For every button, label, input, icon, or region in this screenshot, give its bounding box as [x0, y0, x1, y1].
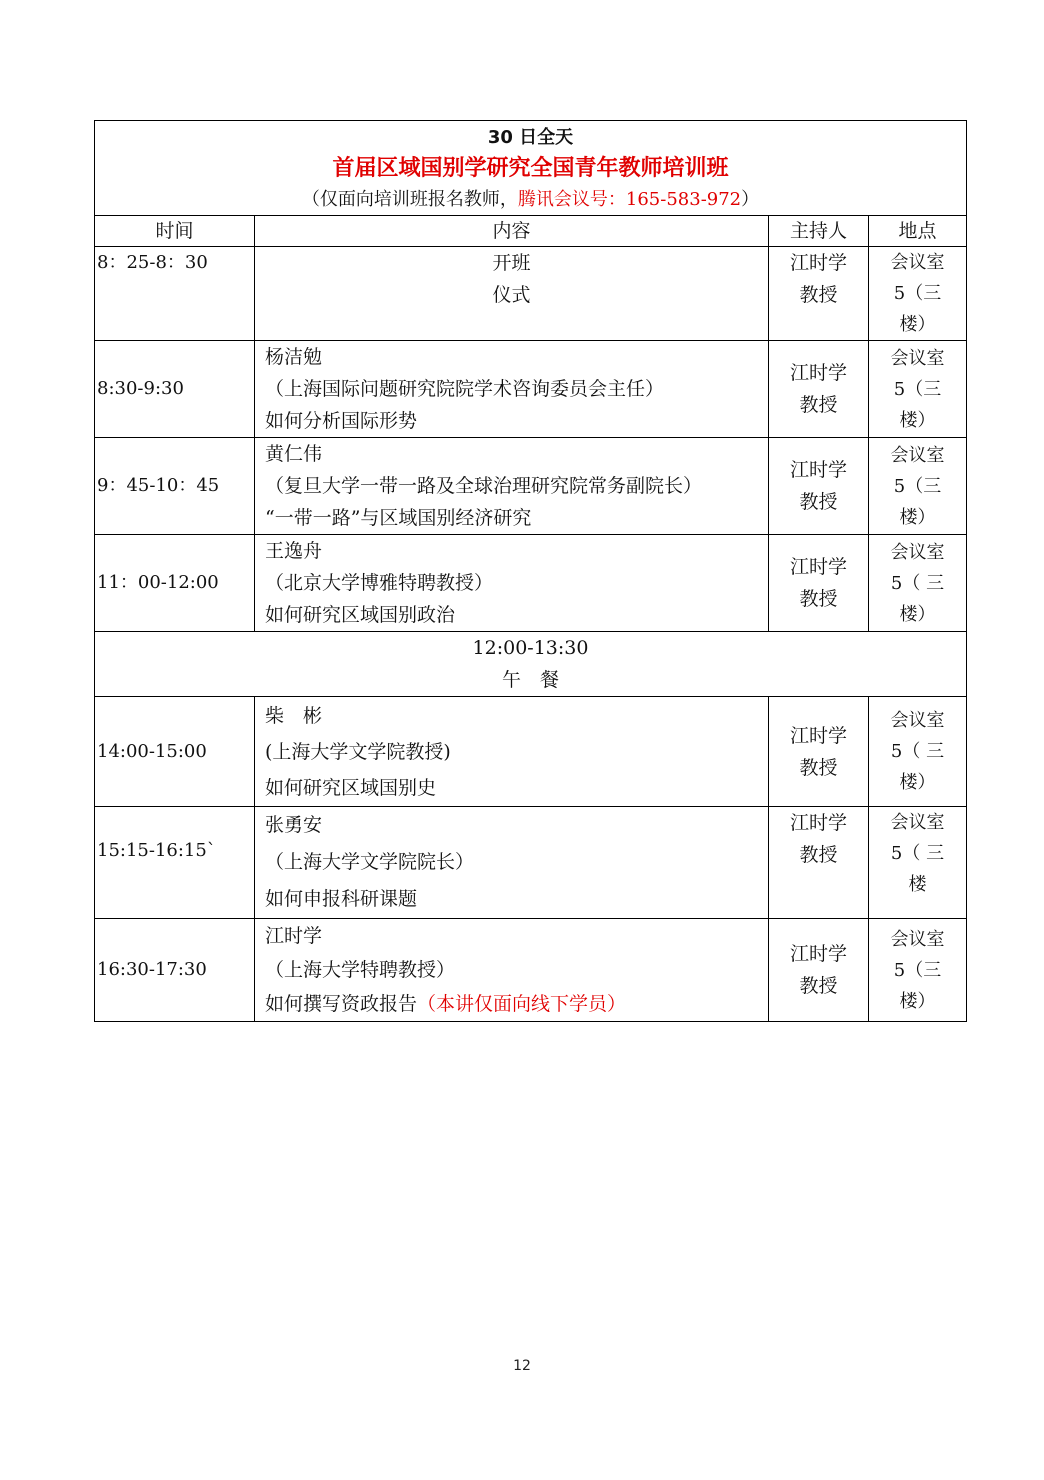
time-cell: 11：00-12:00	[95, 535, 255, 632]
speaker-affiliation: （北京大学博雅特聘教授）	[265, 567, 768, 599]
content-cell: 江时学（上海大学特聘教授）如何撰写资政报告（本讲仅面向线下学员）	[255, 919, 769, 1022]
table-row: 15:15-16:15` 张勇安（上海大学文学院院长）如何申报科研课题 江时学教…	[95, 807, 967, 919]
location-line: 会议室	[869, 807, 966, 838]
time-cell: 16:30-17:30	[95, 919, 255, 1022]
page-number: 12	[0, 1358, 1044, 1374]
content-cell: 开班仪式	[255, 247, 769, 341]
content-line: 仪式	[255, 279, 768, 311]
location-line: 5（三	[869, 471, 966, 502]
location-line: 会议室	[869, 537, 966, 568]
host-name: 江时学	[769, 454, 868, 486]
content-cell: 黄仁伟（复旦大学一带一路及全球治理研究院常务副院长）“一带一路”与区域国别经济研…	[255, 438, 769, 535]
host-cell: 江时学教授	[769, 247, 869, 341]
time-cell: 14:00-15:00	[95, 697, 255, 807]
content-cell: 杨洁勉（上海国际问题研究院院学术咨询委员会主任）如何分析国际形势	[255, 341, 769, 438]
host-title: 教授	[769, 486, 868, 518]
location-cell: 会议室5（三楼）	[869, 438, 967, 535]
event-title: 首届区域国别学研究全国青年教师培训班	[95, 152, 966, 186]
speaker-name: 黄仁伟	[265, 438, 768, 470]
host-title: 教授	[769, 583, 868, 615]
location-line: 楼	[869, 869, 966, 900]
host-name: 江时学	[769, 551, 868, 583]
location-line: 楼）	[869, 767, 966, 798]
host-cell: 江时学教授	[769, 919, 869, 1022]
host-title: 教授	[769, 389, 868, 421]
col-header-content: 内容	[255, 216, 769, 247]
location-line: 5（ 三	[869, 568, 966, 599]
speaker-name: 杨洁勉	[265, 341, 768, 373]
table-row: 16:30-17:30 江时学（上海大学特聘教授）如何撰写资政报告（本讲仅面向线…	[95, 919, 967, 1022]
location-cell: 会议室5（ 三楼）	[869, 535, 967, 632]
speaker-affiliation: （上海大学文学院院长）	[265, 844, 768, 881]
speaker-name: 江时学	[265, 919, 768, 953]
content-line: 开班	[255, 247, 768, 279]
speaker-name: 张勇安	[265, 807, 768, 844]
content-cell: 柴 彬(上海大学文学院教授)如何研究区域国别史	[255, 697, 769, 807]
lunch-cell: 12:00-13:30午 餐	[95, 632, 967, 697]
table-row: 8:30-9:30 杨洁勉（上海国际问题研究院院学术咨询委员会主任）如何分析国际…	[95, 341, 967, 438]
lunch-row: 12:00-13:30午 餐	[95, 632, 967, 697]
location-line: 5（三	[869, 955, 966, 986]
location-line: 会议室	[869, 247, 966, 278]
host-name: 江时学	[769, 720, 868, 752]
col-header-location: 地点	[869, 216, 967, 247]
header-row: 时间 内容 主持人 地点	[95, 216, 967, 247]
location-line: 会议室	[869, 343, 966, 374]
location-line: 会议室	[869, 440, 966, 471]
location-line: 楼）	[869, 309, 966, 340]
note-prefix: （仅面向培训班报名教师，	[302, 189, 518, 210]
time-cell: 9：45-10：45	[95, 438, 255, 535]
col-header-time: 时间	[95, 216, 255, 247]
host-title: 教授	[769, 279, 868, 311]
speaker-affiliation: （上海大学特聘教授）	[265, 953, 768, 987]
meeting-id: 腾讯会议号：165-583-972	[518, 189, 741, 210]
location-line: 5（ 三	[869, 838, 966, 869]
lecture-topic: 如何分析国际形势	[265, 405, 768, 437]
location-line: 楼）	[869, 405, 966, 436]
location-cell: 会议室5（三楼）	[869, 341, 967, 438]
location-line: 楼）	[869, 986, 966, 1017]
speaker-name: 柴 彬	[265, 698, 768, 734]
lecture-topic: 如何撰写资政报告（本讲仅面向线下学员）	[265, 987, 768, 1021]
speaker-name: 王逸舟	[265, 535, 768, 567]
day-heading: 30 日全天	[95, 124, 966, 152]
host-cell: 江时学教授	[769, 438, 869, 535]
content-cell: 张勇安（上海大学文学院院长）如何申报科研课题	[255, 807, 769, 919]
location-line: 5（三	[869, 278, 966, 309]
lecture-topic: 如何研究区域国别政治	[265, 599, 768, 631]
lecture-topic-text: 如何撰写资政报告	[265, 993, 417, 1015]
table-row: 14:00-15:00 柴 彬(上海大学文学院教授)如何研究区域国别史 江时学教…	[95, 697, 967, 807]
col-header-host: 主持人	[769, 216, 869, 247]
location-cell: 会议室5（三楼）	[869, 247, 967, 341]
speaker-affiliation: （复旦大学一带一路及全球治理研究院常务副院长）	[265, 470, 768, 502]
host-title: 教授	[769, 970, 868, 1002]
host-title: 教授	[769, 839, 868, 871]
table-row: 9：45-10：45 黄仁伟（复旦大学一带一路及全球治理研究院常务副院长）“一带…	[95, 438, 967, 535]
location-line: 楼）	[869, 599, 966, 630]
time-cell: 15:15-16:15`	[95, 807, 255, 919]
location-line: 会议室	[869, 924, 966, 955]
lecture-topic: 如何研究区域国别史	[265, 770, 768, 806]
host-name: 江时学	[769, 938, 868, 970]
content-cell: 王逸舟（北京大学博雅特聘教授）如何研究区域国别政治	[255, 535, 769, 632]
title-block: 30 日全天 首届区域国别学研究全国青年教师培训班 （仅面向培训班报名教师，腾讯…	[95, 121, 967, 216]
location-line: 会议室	[869, 705, 966, 736]
audience-note: （仅面向培训班报名教师，腾讯会议号：165-583-972）	[95, 186, 966, 214]
host-name: 江时学	[769, 357, 868, 389]
host-cell: 江时学教授	[769, 697, 869, 807]
lecture-topic: 如何申报科研课题	[265, 881, 768, 918]
schedule-table: 30 日全天 首届区域国别学研究全国青年教师培训班 （仅面向培训班报名教师，腾讯…	[94, 120, 967, 1022]
host-title: 教授	[769, 752, 868, 784]
host-name: 江时学	[769, 247, 868, 279]
lunch-time: 12:00-13:30	[95, 632, 966, 664]
time-cell: 8:30-9:30	[95, 341, 255, 438]
speaker-affiliation: (上海大学文学院教授)	[265, 734, 768, 770]
host-cell: 江时学教授	[769, 341, 869, 438]
lecture-topic: “一带一路”与区域国别经济研究	[265, 502, 768, 534]
host-cell: 江时学教授	[769, 535, 869, 632]
time-cell: 8：25-8：30	[95, 247, 255, 341]
offline-only-note: （本讲仅面向线下学员）	[417, 993, 626, 1015]
host-cell: 江时学教授	[769, 807, 869, 919]
host-name: 江时学	[769, 807, 868, 839]
location-cell: 会议室5（ 三楼	[869, 807, 967, 919]
note-suffix: ）	[741, 189, 759, 210]
location-cell: 会议室5（ 三楼）	[869, 697, 967, 807]
table-row: 8：25-8：30 开班仪式 江时学教授 会议室5（三楼）	[95, 247, 967, 341]
table-row: 11：00-12:00 王逸舟（北京大学博雅特聘教授）如何研究区域国别政治 江时…	[95, 535, 967, 632]
speaker-affiliation: （上海国际问题研究院院学术咨询委员会主任）	[265, 373, 768, 405]
location-line: 5（三	[869, 374, 966, 405]
location-line: 楼）	[869, 502, 966, 533]
location-cell: 会议室5（三楼）	[869, 919, 967, 1022]
lunch-label: 午 餐	[95, 664, 966, 696]
location-line: 5（ 三	[869, 736, 966, 767]
